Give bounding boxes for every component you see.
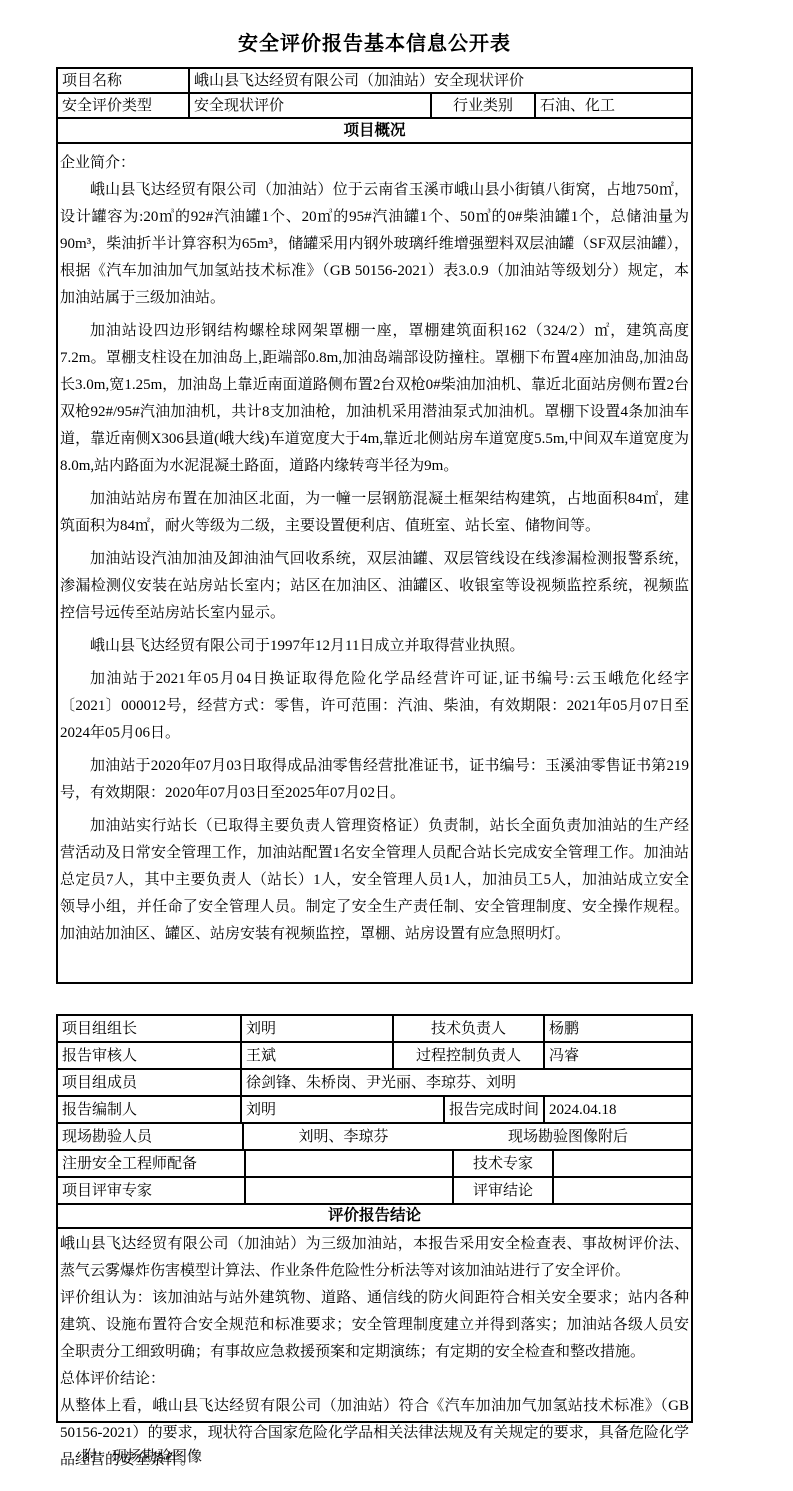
eval-type-label: 安全评价类型 xyxy=(58,94,190,117)
process-label: 过程控制负责人 xyxy=(394,1043,545,1068)
overview-paragraph: 峨山县飞达经贸有限公司（加油站）位于云南省玉溪市峨山县小街镇八街窝，占地750㎡… xyxy=(60,177,689,312)
compiler-row: 报告编制人 刘明 报告完成时间 2024.04.18 xyxy=(58,1097,691,1124)
conclusion-paragraph: 总体评价结论： xyxy=(60,1366,689,1393)
overview-content: 企业简介： 峨山县飞达经贸有限公司（加油站）位于云南省玉溪市峨山县小街镇八街窝，… xyxy=(58,144,691,982)
conclusion-content: 峨山县飞达经贸有限公司（加油站）为三级加油站，本报告采用安全检查表、事故树评价法… xyxy=(58,1229,691,1421)
reviewer-label: 报告审核人 xyxy=(58,1043,242,1068)
members-label: 项目组成员 xyxy=(58,1070,242,1095)
survey-people: 刘明、李琼芬 xyxy=(244,1124,445,1149)
date-label: 报告完成时间 xyxy=(445,1097,545,1122)
compiler-label: 报告编制人 xyxy=(58,1097,242,1122)
members-row: 项目组成员 徐剑锋、朱桥岗、尹光丽、李琼芬、刘明 xyxy=(58,1070,691,1097)
tech-lead-value: 杨鹏 xyxy=(545,1016,691,1041)
engineer-label: 注册安全工程师配备 xyxy=(58,1151,246,1176)
process-value: 冯睿 xyxy=(545,1043,691,1068)
leader-label: 项目组组长 xyxy=(58,1016,242,1041)
overview-paragraph: 加油站于2020年07月03日取得成品油零售经营批准证书，证书编号：玉溪油零售证… xyxy=(60,753,689,807)
review-result-label: 评审结论 xyxy=(454,1178,554,1203)
overview-paragraph: 加油站站房布置在加油区北面，为一幢一层钢筋混凝土框架结构建筑，占地面积84㎡，建… xyxy=(60,486,689,540)
eval-type-row: 安全评价类型 安全现状评价 行业类别 石油、化工 xyxy=(58,94,691,119)
overview-paragraph: 加油站设四边形钢结构螺栓球网架罩棚一座，罩棚建筑面积162（324/2）㎡，建筑… xyxy=(60,318,689,480)
survey-note: 现场勘验图像附后 xyxy=(445,1124,691,1149)
overview-paragraph: 峨山县飞达经贸有限公司于1997年12月11日成立并取得营业执照。 xyxy=(60,633,689,660)
tech-expert-value xyxy=(554,1151,691,1176)
date-value: 2024.04.18 xyxy=(545,1097,691,1122)
conclusion-header: 评价报告结论 xyxy=(58,1205,691,1227)
reviewer-row: 报告审核人 王斌 过程控制负责人 冯睿 xyxy=(58,1043,691,1070)
project-name-row: 项目名称 峨山县飞达经贸有限公司（加油站）安全现状评价 xyxy=(58,69,691,94)
conclusion-paragraph: 评价组认为：该加油站与站外建筑物、道路、通信线的防火间距符合相关安全要求；站内各… xyxy=(60,1285,689,1366)
compiler-value: 刘明 xyxy=(242,1097,445,1122)
review-expert-value xyxy=(246,1178,454,1203)
leader-value: 刘明 xyxy=(242,1016,394,1041)
overview-header-row: 项目概况 xyxy=(58,119,691,144)
industry-value: 石油、化工 xyxy=(536,94,691,117)
survey-row: 现场勘验人员 刘明、李琼芬 现场勘验图像附后 xyxy=(58,1124,691,1151)
eval-type-value: 安全现状评价 xyxy=(190,94,432,117)
overview-paragraph: 加油站设汽油加油及卸油油气回收系统，双层油罐、双层管线设在线渗漏检测报警系统，渗… xyxy=(60,546,689,627)
page-title: 安全评价报告基本信息公开表 xyxy=(56,31,693,58)
tech-expert-label: 技术专家 xyxy=(454,1151,554,1176)
engineer-value xyxy=(246,1151,454,1176)
project-name-value: 峨山县飞达经贸有限公司（加油站）安全现状评价 xyxy=(190,69,691,92)
conclusion-paragraph: 峨山县飞达经贸有限公司（加油站）为三级加油站，本报告采用安全检查表、事故树评价法… xyxy=(60,1231,689,1285)
industry-label: 行业类别 xyxy=(432,94,536,117)
company-intro-label: 企业简介： xyxy=(60,150,689,177)
info-table: 项目名称 峨山县飞达经贸有限公司（加油站）安全现状评价 安全评价类型 安全现状评… xyxy=(56,67,693,984)
review-result-value xyxy=(554,1178,691,1203)
document-sheet: 安全评价报告基本信息公开表 项目名称 峨山县飞达经贸有限公司（加油站）安全现状评… xyxy=(56,0,693,1466)
review-expert-label: 项目评审专家 xyxy=(58,1178,246,1203)
overview-paragraph: 加油站实行站长（已取得主要负责人管理资格证）负责制，站长全面负责加油站的生产经营… xyxy=(60,813,689,948)
conclusion-header-row: 评价报告结论 xyxy=(58,1205,691,1229)
overview-row: 企业简介： 峨山县飞达经贸有限公司（加油站）位于云南省玉溪市峨山县小街镇八街窝，… xyxy=(58,144,691,982)
project-name-label: 项目名称 xyxy=(58,69,190,92)
overview-paragraph: 加油站于2021年05月04日换证取得危险化学品经营许可证,证书编号:云玉峨危化… xyxy=(60,666,689,747)
conclusion-row: 峨山县飞达经贸有限公司（加油站）为三级加油站，本报告采用安全检查表、事故树评价法… xyxy=(58,1229,691,1421)
tech-lead-label: 技术负责人 xyxy=(394,1016,545,1041)
team-table: 项目组组长 刘明 技术负责人 杨鹏 报告审核人 王斌 过程控制负责人 冯睿 项目… xyxy=(56,1014,693,1423)
engineer-row: 注册安全工程师配备 技术专家 xyxy=(58,1151,691,1178)
review-expert-row: 项目评审专家 评审结论 xyxy=(58,1178,691,1205)
reviewer-value: 王斌 xyxy=(242,1043,394,1068)
overview-header: 项目概况 xyxy=(58,119,691,142)
leader-row: 项目组组长 刘明 技术负责人 杨鹏 xyxy=(58,1016,691,1043)
members-value: 徐剑锋、朱桥岗、尹光丽、李琼芬、刘明 xyxy=(242,1070,691,1095)
survey-label: 现场勘验人员 xyxy=(58,1124,244,1149)
